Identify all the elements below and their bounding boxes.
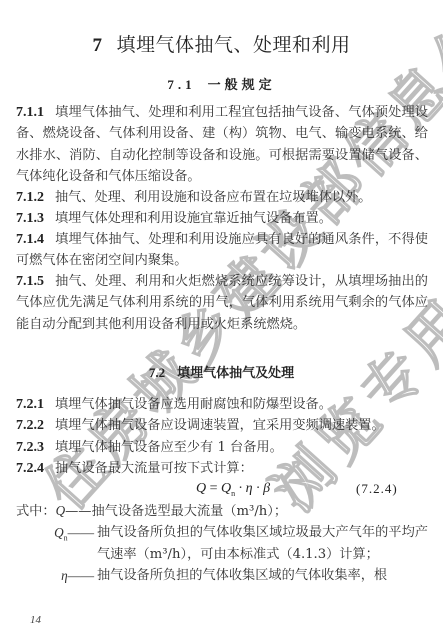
clause-number: 7.2.2 (16, 418, 44, 433)
clause-number: 7.1.5 (16, 274, 44, 289)
clause-number: 7.1.1 (16, 105, 44, 120)
chapter-title-text: 填埋气体抽气、处理和利用 (116, 34, 350, 56)
clause-number: 7.2.3 (16, 440, 44, 455)
clause-text: 填埋气体处理和利用设施宜靠近抽气设备布置。 (55, 211, 332, 226)
clause: 7.1.5抽气、处理、利用和火炬燃烧系统应统筹设计，从填埋场抽出的气体应优先满足… (16, 271, 428, 335)
clause-number: 7.2.4 (16, 461, 44, 476)
clause: 7.1.3填埋气体处理和利用设施宜靠近抽气设备布置。 (16, 208, 428, 229)
clause: 7.2.3填埋气体抽气设备应至少有 1 台备用。 (16, 437, 428, 458)
symbol-q: Q (54, 525, 64, 540)
definition-dash: —— (65, 504, 91, 519)
clause-number: 7.1.2 (16, 190, 44, 205)
section-title-text: 填埋气体抽气及处理 (177, 366, 294, 381)
definitions-list: 式中：Q——抽气设备选型最大流量（m³/h）； Qn—— 抽气设备所负担的气体收… (16, 500, 428, 586)
document-page: 住房城乡建设部信息公开 浏览专用 7填埋气体抽气、处理和利用 7.1一般规定 7… (0, 0, 443, 625)
definition-item: 式中：Q——抽气设备选型最大流量（m³/h）； (16, 500, 428, 522)
definition-dash: —— (68, 525, 94, 540)
clause: 7.2.2填埋气体抽气设备应设调速装置，宜采用变频调速装置。 (16, 415, 428, 436)
definition-item: Qn—— 抽气设备所负担的气体收集区域垃圾最大产气年的平均产气速率（m³/h），… (16, 522, 428, 565)
formula-expression: Q = Qn · η · β (196, 481, 270, 498)
definition-symbol: Q (56, 500, 66, 521)
formula-equals: = (206, 481, 221, 496)
clause-text: 填埋气体抽气设备应选用耐腐蚀和防爆型设备。 (55, 397, 332, 412)
clause-text: 填埋气体抽气设备应至少有 1 台备用。 (55, 440, 283, 455)
clause-text: 填埋气体抽气设备应设调速装置，宜采用变频调速装置。 (55, 418, 385, 433)
definition-dash: —— (68, 568, 94, 583)
section-number: 7.2 (149, 365, 165, 380)
formula-rest: · η · β (235, 481, 270, 496)
clause: 7.1.2抽气、处理、利用设施和设备应布置在垃圾堆体以外。 (16, 187, 428, 208)
clause: 7.1.1填埋气体抽气、处理和利用工程宜包括抽气设备、气体预处理设备、燃烧设备、… (16, 102, 428, 187)
clause: 7.2.1填埋气体抽气设备应选用耐腐蚀和防爆型设备。 (16, 394, 428, 415)
definition-item: η—— 抽气设备所负担的气体收集区域的气体收集率，根 (16, 565, 428, 586)
section-title-text: 一般规定 (208, 78, 276, 93)
page-number: 14 (30, 614, 41, 625)
definition-symbol: η—— (16, 565, 94, 586)
formula-number: (7.2.4) (356, 481, 398, 497)
clause-text: 抽气、处理、利用和火炬燃烧系统应统筹设计，从填埋场抽出的气体应优先满足气体利用系… (16, 274, 428, 332)
definition-symbol: Qn—— (16, 522, 94, 549)
chapter-number: 7 (92, 35, 102, 56)
clause-number: 7.2.1 (16, 397, 44, 412)
clause-number: 7.1.3 (16, 211, 44, 226)
clause-text: 填埋气体抽气、处理和利用工程宜包括抽气设备、气体预处理设备、燃烧设备、气体利用设… (16, 105, 428, 184)
section-number: 7.1 (167, 77, 195, 92)
clause-number: 7.1.4 (16, 232, 44, 247)
definitions-intro: 式中： (16, 504, 56, 519)
chapter-title: 7填埋气体抽气、处理和利用 (0, 30, 443, 57)
clause-text: 抽气、处理、利用设施和设备应布置在垃圾堆体以外。 (55, 190, 372, 205)
definition-text: 抽气设备所负担的气体收集区域的气体收集率，根 (97, 565, 428, 586)
definition-text: 抽气设备所负担的气体收集区域垃圾最大产气年的平均产气速率（m³/h），可由本标准… (97, 522, 428, 565)
formula-lhs: Q (196, 481, 206, 496)
clause: 7.2.4抽气设备最大流量可按下式计算： (16, 458, 428, 479)
section-title: 7.1一般规定 (0, 74, 443, 93)
clause-text: 填埋气体抽气、处理和利用设施应具有良好的通风条件，不得使可燃气体在密闭空间内聚集… (16, 232, 428, 268)
formula-q: Q (221, 481, 231, 496)
definition-text: 抽气设备选型最大流量（m³/h）； (91, 504, 287, 519)
clause-text: 抽气设备最大流量可按下式计算： (55, 461, 253, 476)
clause: 7.1.4填埋气体抽气、处理和利用设施应具有良好的通风条件，不得使可燃气体在密闭… (16, 229, 428, 272)
section-title: 7.2填埋气体抽气及处理 (0, 362, 443, 381)
